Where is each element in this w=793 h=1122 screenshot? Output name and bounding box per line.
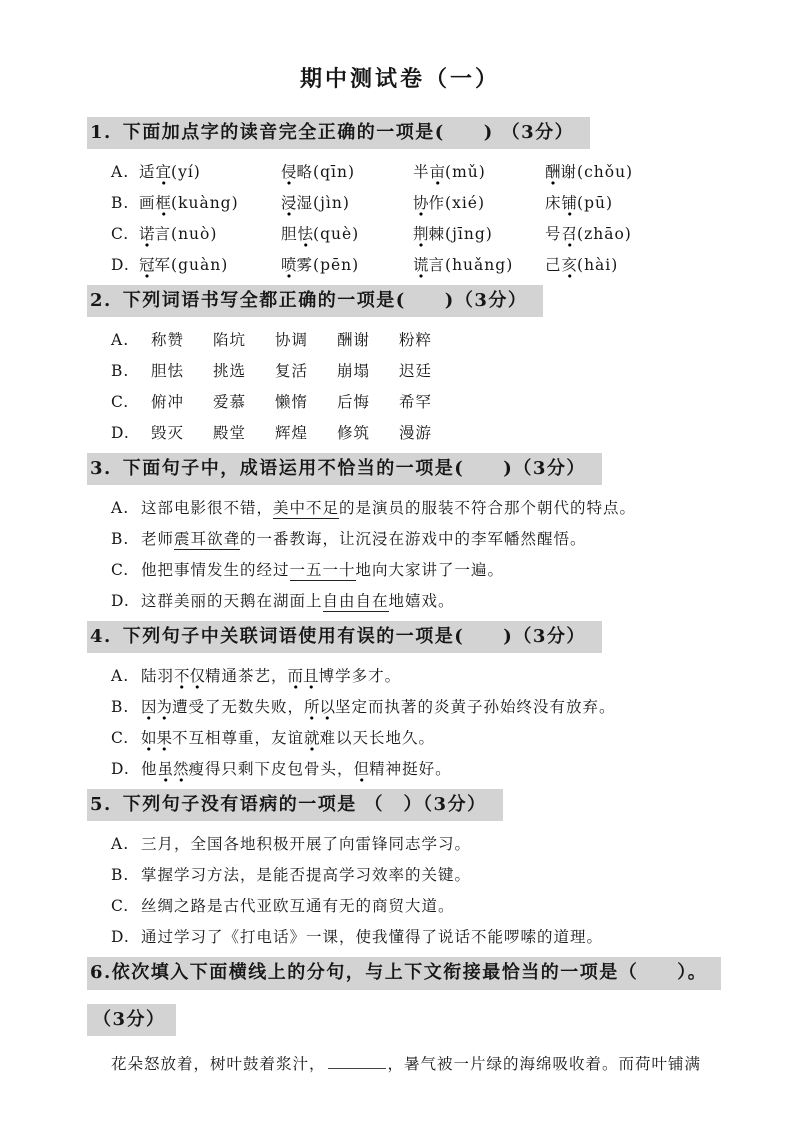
option-word: 挑选: [213, 360, 275, 382]
question-number: 4.: [90, 626, 112, 647]
option-label: C.: [111, 223, 139, 245]
dotted-text: 不仅: [174, 667, 205, 689]
text-segment: (mǔ): [445, 163, 486, 181]
option-row-a: A. 陆羽不仅精通茶艺，而且博学多才。: [111, 665, 753, 687]
text-segment: 不互相尊重，友谊: [172, 729, 304, 747]
text-segment: (kuàng): [171, 194, 239, 212]
option-text: 掌握学习方法，是能否提高学习效率的关键。: [141, 864, 471, 886]
question-3-options: A. 这部电影很不错，美中不足的是演员的服装不符合那个朝代的特点。 B. 老师震…: [111, 497, 753, 612]
dotted-text: 冠: [139, 256, 155, 278]
text-segment: 作: [429, 194, 446, 212]
question-2-header: 2.下列词语书写全都正确的一项是( )（3分）: [87, 285, 543, 317]
text-segment: (nuò): [171, 225, 217, 243]
dotted-text: 浸: [281, 194, 297, 216]
text-segment: 湿: [297, 194, 314, 212]
text-segment: 的是演员的服装不符合那个朝代的特点。: [339, 499, 636, 517]
option-word: 陷坑: [213, 329, 275, 351]
text-segment: 言: [429, 256, 446, 274]
text-segment: 他把事情发生的经过: [141, 561, 290, 579]
text-segment: (pēn): [313, 256, 359, 274]
text-segment: 谢: [561, 163, 578, 181]
dotted-text: 所以: [304, 698, 335, 720]
option-label: C.: [111, 727, 141, 749]
text-segment: 画: [139, 194, 156, 212]
text-segment: 他: [141, 760, 158, 778]
dotted-text: 协: [413, 194, 429, 216]
option-row-b: B. 胆怯 挑选 复活 崩塌 迟廷: [111, 360, 753, 382]
text-segment: 地嬉戏。: [389, 592, 455, 610]
dotted-text: 诺: [139, 225, 155, 247]
option-label: A.: [111, 665, 141, 687]
dotted-text: 召: [562, 225, 578, 247]
text-segment: 床: [545, 194, 562, 212]
question-1-options: A. 适宜(yí) 侵略(qīn) 半亩(mǔ) 酬谢(chǒu) B. 画框(…: [111, 161, 753, 276]
option-label: C.: [111, 895, 141, 917]
question-6-passage: 花朵怒放着，树叶鼓着浆汁，，暑气被一片绿的海绵吸收着。而荷叶铺满: [111, 1052, 753, 1076]
text-segment: 这部电影很不错，: [141, 499, 273, 517]
option-text: 因为遭受了无数失败，所以坚定而执著的炎黄子孙始终没有放弃。: [141, 696, 616, 718]
option-label: B.: [111, 360, 151, 382]
text-segment: 略: [297, 163, 314, 181]
option-text: 通过学习了《打电话》一课，使我懂得了说话不能啰嗦的道理。: [141, 926, 603, 948]
option-word: 辉煌: [275, 422, 337, 444]
question-title: 下列句子没有语病的一项是 （ ）（3分）: [123, 794, 487, 815]
text-segment: 号: [545, 225, 562, 243]
option-text: 老师震耳欲聋的一番教诲，让沉浸在游戏中的李军幡然醒悟。: [141, 528, 587, 550]
question-5: 5.下列句子没有语病的一项是 （ ）（3分） A. 三月，全国各地积极开展了向雷…: [87, 789, 753, 948]
option-word: 谎言(huǎng): [413, 254, 545, 276]
text-segment: (jìn): [313, 194, 350, 212]
question-title: 下列词语书写全都正确的一项是( )（3分）: [123, 290, 528, 311]
text-segment: 精神挺好。: [369, 760, 452, 778]
text-segment: 瘦得只剩下皮包骨头，: [189, 760, 354, 778]
question-4-header: 4.下列句子中关联词语使用有误的一项是( )（3分）: [87, 621, 602, 653]
page-title: 期中测试卷（一）: [87, 62, 713, 93]
option-text: 如果不互相尊重，友谊就难以天长地久。: [141, 727, 435, 749]
question-4: 4.下列句子中关联词语使用有误的一项是( )（3分） A. 陆羽不仅精通茶艺，而…: [87, 621, 753, 780]
option-row-b: B. 掌握学习方法，是能否提高学习效率的关键。: [111, 864, 753, 886]
text-segment: 言: [155, 225, 172, 243]
option-label: B.: [111, 192, 139, 214]
question-2-options: A. 称赞 陷坑 协调 酬谢 粉粹 B. 胆怯 挑选 复活 崩塌 迟廷 C. 俯…: [111, 329, 753, 444]
option-word: 懒惰: [275, 391, 337, 413]
text-segment: ，暑气被一片绿的海绵吸收着。而荷叶铺满: [388, 1055, 702, 1073]
question-number: 5.: [90, 794, 112, 815]
option-word: 胆怯: [151, 360, 213, 382]
option-word: 协调: [275, 329, 337, 351]
question-number: 1.: [90, 122, 112, 143]
option-row-c: C. 如果不互相尊重，友谊就难以天长地久。: [111, 727, 753, 749]
option-word: 喷雾(pēn): [281, 254, 413, 276]
option-word: 希罕: [399, 391, 753, 413]
dotted-text: 亥: [562, 256, 578, 278]
option-word: 半亩(mǔ): [413, 161, 545, 183]
option-row-c: C. 诺言(nuò) 胆怯(què) 荆棘(jīng) 号召(zhāo): [111, 223, 753, 245]
text-segment: (jīng): [445, 225, 493, 243]
text-segment: 军: [155, 256, 172, 274]
option-word: 号召(zhāo): [545, 223, 753, 245]
text-segment: (xié): [445, 194, 485, 212]
text-segment: 地向大家讲了一遍。: [356, 561, 505, 579]
text-segment: 的一番教诲，让沉浸在游戏中的李军幡然醒悟。: [240, 530, 587, 548]
option-text: 丝绸之路是古代亚欧互通有无的商贸大道。: [141, 895, 455, 917]
option-text: 三月，全国各地积极开展了向雷锋同志学习。: [141, 833, 471, 855]
option-label: D.: [111, 758, 141, 780]
option-word: 复活: [275, 360, 337, 382]
option-word: 冠军(guàn): [139, 254, 281, 276]
option-word: 崩塌: [337, 360, 399, 382]
underlined-text: 震耳欲聋: [174, 530, 240, 550]
text-segment: (chǒu): [577, 163, 633, 181]
option-label: A.: [111, 833, 141, 855]
question-number: 3.: [90, 458, 112, 479]
question-5-options: A. 三月，全国各地积极开展了向雷锋同志学习。 B. 掌握学习方法，是能否提高学…: [111, 833, 753, 948]
question-6-header: 6.依次填入下面横线上的分句，与上下文衔接最恰当的一项是（ ）。: [87, 957, 721, 989]
option-text: 他虽然瘦得只剩下皮包骨头，但精神挺好。: [141, 758, 452, 780]
dotted-text: 侵: [281, 163, 297, 185]
question-5-header: 5.下列句子没有语病的一项是 （ ）（3分）: [87, 789, 503, 821]
option-row-d: D. 他虽然瘦得只剩下皮包骨头，但精神挺好。: [111, 758, 753, 780]
option-row-a: A. 这部电影很不错，美中不足的是演员的服装不符合那个朝代的特点。: [111, 497, 753, 519]
text-segment: (què): [313, 225, 359, 243]
option-label: A.: [111, 329, 151, 351]
option-row-d: D. 冠军(guàn) 喷雾(pēn) 谎言(huǎng) 己亥(hài): [111, 254, 753, 276]
option-word: 爱慕: [213, 391, 275, 413]
option-word: 荆棘(jīng): [413, 223, 545, 245]
question-title: 依次填入下面横线上的分句，与上下文衔接最恰当的一项是（ ）。: [112, 962, 708, 983]
option-word: 适宜(yí): [139, 161, 281, 183]
option-label: C.: [111, 391, 151, 413]
option-word: 称赞: [151, 329, 213, 351]
dotted-text: 谎: [413, 256, 429, 278]
option-label: B.: [111, 528, 141, 550]
option-row-a: A. 适宜(yí) 侵略(qīn) 半亩(mǔ) 酬谢(chǒu): [111, 161, 753, 183]
option-row-a: A. 称赞 陷坑 协调 酬谢 粉粹: [111, 329, 753, 351]
option-label: D.: [111, 254, 139, 276]
option-word: 粉粹: [399, 329, 753, 351]
text-segment: 陆羽: [141, 667, 174, 685]
option-text: 他把事情发生的经过一五一十地向大家讲了一遍。: [141, 559, 504, 581]
option-label: D.: [111, 590, 141, 612]
option-label: B.: [111, 864, 141, 886]
dotted-text: 宜: [156, 163, 172, 185]
underlined-text: 一五一十: [290, 561, 356, 581]
option-word: 胆怯(què): [281, 223, 413, 245]
question-number: 2.: [90, 290, 112, 311]
text-segment: 博学多才。: [319, 667, 402, 685]
text-segment: (hài): [577, 256, 618, 274]
option-text: 陆羽不仅精通茶艺，而且博学多才。: [141, 665, 401, 687]
option-word: 浸湿(jìn): [281, 192, 413, 214]
dotted-text: 因为: [141, 698, 172, 720]
option-label: A.: [111, 161, 139, 183]
option-word: 后悔: [337, 391, 399, 413]
dotted-text: 而且: [288, 667, 319, 689]
text-segment: 花朵怒放着，树叶鼓着浆汁，: [111, 1055, 326, 1073]
option-word: 协作(xié): [413, 192, 545, 214]
question-1-header: 1.下面加点字的读音完全正确的一项是( ) （3分）: [87, 117, 590, 149]
option-label: D.: [111, 926, 141, 948]
text-segment: 己: [545, 256, 562, 274]
dotted-text: 铺: [562, 194, 578, 216]
question-number: 6.: [90, 962, 112, 983]
question-6: 6.依次填入下面横线上的分句，与上下文衔接最恰当的一项是（ ）。 （3分） 花朵…: [87, 957, 753, 1075]
option-word: 酬谢(chǒu): [545, 161, 753, 183]
question-title: 下列句子中关联词语使用有误的一项是( )（3分）: [123, 626, 586, 647]
option-row-c: C. 俯冲 爱慕 懒惰 后悔 希罕: [111, 391, 753, 413]
option-row-d: D. 通过学习了《打电话》一课，使我懂得了说话不能啰嗦的道理。: [111, 926, 753, 948]
question-title: 下面加点字的读音完全正确的一项是( ) （3分）: [123, 122, 574, 143]
option-word: 迟廷: [399, 360, 753, 382]
text-segment: (huǎng): [445, 256, 513, 274]
option-word: 侵略(qīn): [281, 161, 413, 183]
text-segment: (zhāo): [577, 225, 632, 243]
dotted-text: 虽然: [158, 760, 189, 782]
underlined-text: 美中不足: [273, 499, 339, 519]
dotted-text: 就: [304, 729, 320, 751]
option-label: A.: [111, 497, 141, 519]
text-segment: 这群美丽的天鹅在湖面上: [141, 592, 323, 610]
option-word: 漫游: [399, 422, 753, 444]
option-word: 画框(kuàng): [139, 192, 281, 214]
option-word: 修筑: [337, 422, 399, 444]
dotted-text: 但: [354, 760, 370, 782]
text-segment: 半: [413, 163, 430, 181]
option-word: 殿堂: [213, 422, 275, 444]
option-row-b: B. 老师震耳欲聋的一番教诲，让沉浸在游戏中的李军幡然醒悟。: [111, 528, 753, 550]
option-label: B.: [111, 696, 141, 718]
option-text: 这群美丽的天鹅在湖面上自由自在地嬉戏。: [141, 590, 455, 612]
text-segment: (guàn): [171, 256, 228, 274]
option-row-d: D. 这群美丽的天鹅在湖面上自由自在地嬉戏。: [111, 590, 753, 612]
text-segment: 精通茶艺，: [205, 667, 288, 685]
text-segment: 遭受了无数失败，: [172, 698, 304, 716]
text-segment: (yí): [171, 163, 201, 181]
option-row-d: D. 毁灭 殿堂 辉煌 修筑 漫游: [111, 422, 753, 444]
exam-paper: 期中测试卷（一） 1.下面加点字的读音完全正确的一项是( ) （3分） A. 适…: [0, 0, 793, 1076]
option-word: 俯冲: [151, 391, 213, 413]
question-4-options: A. 陆羽不仅精通茶艺，而且博学多才。 B. 因为遭受了无数失败，所以坚定而执著…: [111, 665, 753, 780]
dotted-text: 荆: [413, 225, 429, 247]
text-segment: 难以天长地久。: [320, 729, 436, 747]
text-segment: 胆: [281, 225, 298, 243]
dotted-text: 怯: [298, 225, 314, 247]
option-row-a: A. 三月，全国各地积极开展了向雷锋同志学习。: [111, 833, 753, 855]
option-row-b: B. 画框(kuàng) 浸湿(jìn) 协作(xié) 床铺(pū): [111, 192, 753, 214]
question-3: 3.下面句子中，成语运用不恰当的一项是( )（3分） A. 这部电影很不错，美中…: [87, 453, 753, 612]
dotted-text: 喷: [281, 256, 297, 278]
option-label: C.: [111, 559, 141, 581]
option-row-c: C. 他把事情发生的经过一五一十地向大家讲了一遍。: [111, 559, 753, 581]
option-row-c: C. 丝绸之路是古代亚欧互通有无的商贸大道。: [111, 895, 753, 917]
underlined-text: 自由自在: [323, 592, 389, 612]
option-word: 酬谢: [337, 329, 399, 351]
option-word: 诺言(nuò): [139, 223, 281, 245]
text-segment: 棘: [429, 225, 446, 243]
answer-blank: [328, 1055, 386, 1069]
option-label: D.: [111, 422, 151, 444]
question-2: 2.下列词语书写全都正确的一项是( )（3分） A. 称赞 陷坑 协调 酬谢 粉…: [87, 285, 753, 444]
dotted-text: 酬: [545, 163, 561, 185]
question-title: 下面句子中，成语运用不恰当的一项是( )（3分）: [123, 458, 586, 479]
option-word: 毁灭: [151, 422, 213, 444]
dotted-text: 如果: [141, 729, 172, 751]
question-6-score: （3分）: [87, 1004, 176, 1036]
option-text: 这部电影很不错，美中不足的是演员的服装不符合那个朝代的特点。: [141, 497, 636, 519]
option-word: 床铺(pū): [545, 192, 753, 214]
option-word: 己亥(hài): [545, 254, 753, 276]
text-segment: 老师: [141, 530, 174, 548]
text-segment: 坚定而执著的炎黄子孙始终没有放弃。: [335, 698, 616, 716]
dotted-text: 框: [156, 194, 172, 216]
question-1: 1.下面加点字的读音完全正确的一项是( ) （3分） A. 适宜(yí) 侵略(…: [87, 117, 753, 276]
dotted-text: 亩: [430, 163, 446, 185]
text-segment: (pū): [577, 194, 613, 212]
question-3-header: 3.下面句子中，成语运用不恰当的一项是( )（3分）: [87, 453, 602, 485]
option-row-b: B. 因为遭受了无数失败，所以坚定而执著的炎黄子孙始终没有放弃。: [111, 696, 753, 718]
text-segment: (qīn): [313, 163, 355, 181]
text-segment: 雾: [297, 256, 314, 274]
text-segment: 适: [139, 163, 156, 181]
